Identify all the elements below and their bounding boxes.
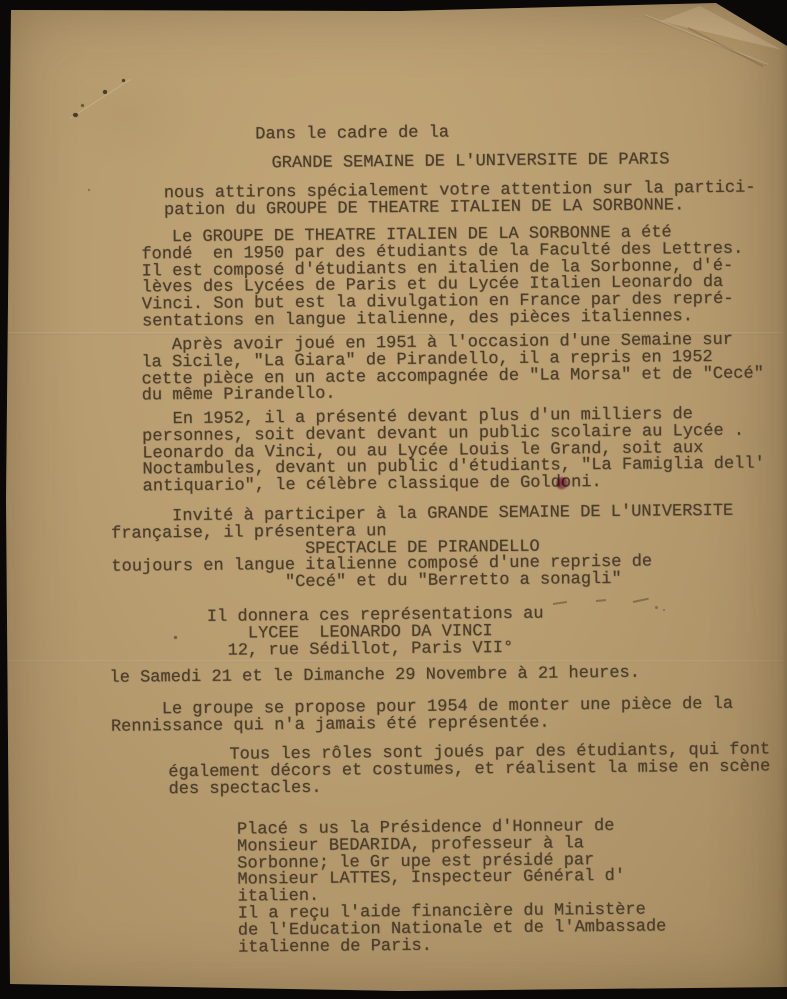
text-line: le Samedi 21 et le Dimanche 29 Novembre … [109, 666, 640, 688]
typewritten-block-paragraph-students: Tous les rôles sont joués par des étudia… [168, 742, 770, 798]
text-layer: Dans le cadre de laGRANDE SEMAINE DE L'U… [0, 0, 787, 999]
typewritten-block-dates-line: le Samedi 21 et le Dimanche 29 Novembre … [109, 666, 640, 688]
text-line: "Cecé" et du "Berretto a sonagli" [111, 571, 733, 594]
typewritten-block-paragraph-1951: Après avoir joué en 1951 à l'occasion d'… [141, 333, 764, 406]
typewritten-block-patronage-block: Placé s us la Présidence d'Honneur deMon… [237, 818, 667, 956]
typewritten-block-intro-paragraph: nous attirons spécialement votre attenti… [164, 181, 756, 220]
text-line: Dans le cadre de la [255, 126, 449, 145]
text-line: italienne de Paris. [238, 936, 667, 957]
typewritten-block-paragraph-1952: En 1952, il a présenté devant plus d'un … [142, 407, 765, 497]
text-line: sentations en langue italienne, des pièc… [142, 309, 744, 332]
typewritten-block-paragraph-invitation: Invité à participer à la GRANDE SEMAINE … [111, 504, 734, 594]
typewritten-block-header-title: GRANDE SEMAINE DE L'UNIVERSITE DE PARIS [271, 152, 669, 173]
text-line: Rennissance qui n'a jamais été représent… [111, 714, 733, 737]
typewritten-block-paragraph-founding: Le GROUPE DE THEATRE ITALIEN DE LA SORBO… [141, 225, 744, 332]
text-line: GRANDE SEMAINE DE L'UNIVERSITE DE PARIS [271, 152, 669, 173]
text-line: 12, rue Sédillot, Paris VII° [207, 640, 544, 660]
text-line: pation du GROUPE DE THEATRE ITALIEN DE L… [164, 197, 756, 219]
text-line: des spectacles. [168, 776, 770, 799]
text-line: antiquario", le célèbre classique de Gol… [143, 474, 765, 497]
typewritten-block-header-context: Dans le cadre de la [255, 126, 449, 145]
typewritten-block-paragraph-1954: Le groupe se propose pour 1954 de monter… [111, 697, 734, 737]
typewritten-block-venue-block: Il donnera ces représentations au LYCEE … [207, 607, 544, 661]
text-line: du même Pirandello. [142, 383, 764, 406]
